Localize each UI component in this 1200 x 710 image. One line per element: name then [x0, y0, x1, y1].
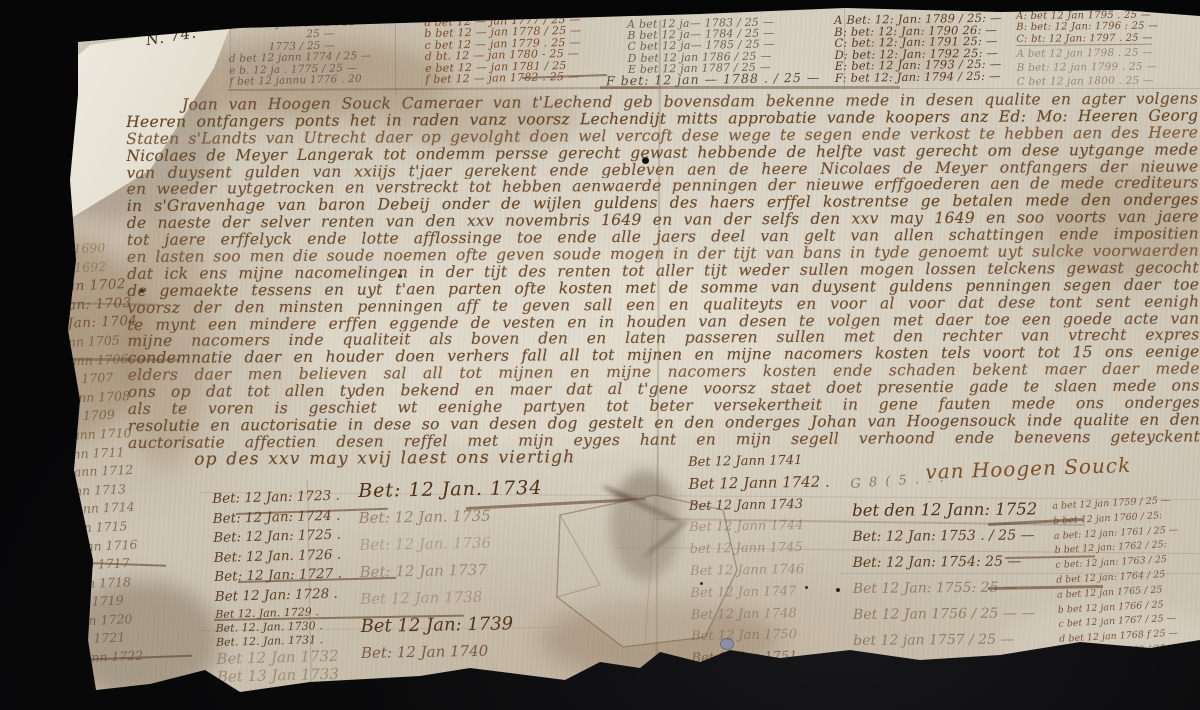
receipt-entry: F bet: 12 jan — 1788 . / 25 — [606, 72, 820, 87]
receipt-column-1777-1782: a bet 12 — jan 1777 / 25 —b bet 12 — jan… [424, 14, 582, 86]
receipt-entry: Bet 13 Jan 1733 [217, 664, 345, 685]
receipt-entry: Bet 12 Jan 1750 [691, 624, 833, 648]
receipt-entry: Bet 12 Jann 1742 . [688, 471, 830, 495]
receipt-entry: Bet: 12 Jan 1740 [361, 637, 546, 667]
receipt-entry: Bet: 12 Jan: 1753 . / 25 — [852, 522, 1039, 550]
receipt-entry: Bet 12 Jan: 1739 [360, 610, 545, 640]
receipt-entry: Bet: 12 Jan. 1734 [358, 475, 543, 505]
receipt-entry: Bet 12 Jan 1747 [690, 580, 832, 604]
receipt-column-1759-1770: a bet 12 jan 1759 / 25 —b bet 12 jan 176… [1052, 493, 1186, 677]
receipt-entry: Bet 12 Jann 1744 [689, 515, 831, 539]
receipt-column-1741-1751: Bet 12 Jann 1741Bet 12 Jann 1742 .Bet 12… [688, 450, 833, 670]
receipt-entry: C bet 12 jan 1800 . 25 — [1017, 75, 1159, 88]
receipt-entry: Bet 12 Jann 1743 [689, 493, 831, 517]
receipt-entry: C: bt: 12 Jan: 1797 . 25 — [1016, 32, 1152, 46]
manuscript-body: Joan van Hoogen Souck Cameraer van t'Lec… [126, 90, 1200, 468]
photo-background: F. 25. N. 74. a bet 12 jann 1771 . 25 —2… [0, 0, 1200, 710]
receipt-column-1752-1758: bet den 12 Jann: 1752Bet: 12 Jan: 1753 .… [852, 496, 1040, 680]
receipt-column-1734-1740: Bet: 12 Jan. 1734Bet: 12 Jan. 1735Bet: 1… [358, 475, 545, 667]
receipt-entry: Bet 12 Jan: 1728 . [215, 585, 343, 608]
ink-rule [900, 88, 1200, 89]
receipt-column-1795-1800: A: bet 12 Jan 1795 . 25 —B: bet: 12 Jan:… [1016, 10, 1159, 88]
receipt-entry: Bet 12 Jann 1741 [688, 450, 830, 474]
underline [965, 668, 1095, 670]
receipt-entry: Bet 12 Jan 1751 [691, 646, 833, 670]
receipt-entry: Bet. 12 Jan 1758 / 25 — — [853, 652, 1040, 680]
receipt-entry: Bet: 12 Jan: 1754: 25 — [852, 548, 1039, 576]
receipt-entry: Bet 12 Jan: 1755: 25 — [853, 574, 1040, 602]
receipt-column-1723-1733: Bet: 12 Jan: 1723 .Bet: 12 Jan: 1724 .Be… [212, 487, 345, 686]
parchment-document: F. 25. N. 74. a bet 12 jann 1771 . 25 —2… [0, 0, 1200, 710]
receipt-entry: Bet 12 Jann 1746 [690, 559, 832, 583]
receipt-entry: Bet 12 Jan 1738 [360, 583, 545, 613]
receipt-entry: Bet: 12 Jan 1737 [359, 556, 544, 586]
vertical-crease [395, 22, 396, 94]
receipt-entry: B bet: 12 jan 1799 . 25 — [1017, 61, 1159, 74]
receipt-entry: bet den 12 Jann: 1752 [852, 496, 1039, 524]
receipt-column-1771-1776: a bet 12 jann 1771 . 25 —25 —1773 / 25 —… [228, 17, 372, 89]
receipt-entry: Bet 12 Jan 1748 [691, 602, 833, 626]
margin-receipt-column-1690-1722: bet 31 Xb 1690bet 31 Xb 1692bet 12 Jan 1… [8, 235, 221, 670]
receipt-column-1789-1794: A Bet: 12: Jan: 1789 / 25: —B: bet: 12: … [834, 13, 1003, 85]
folio-mark-line: F. 25. [146, 9, 196, 31]
ink-blot [836, 588, 840, 592]
receipt-entry: f bet 12 jan 1770 / 25 . [1061, 656, 1186, 677]
receipt-entry: F: bet 12: Jan: 1794 / 25: — [835, 71, 1003, 85]
receipt-entry: Bet 12 Jan 1756 / 25 — — [853, 600, 1040, 628]
receipt-entry: f bet 12 — jan 1782 . 25 — [425, 71, 582, 86]
receipt-entry: e bet 12 jan 1769 / 25 [1060, 641, 1185, 662]
receipt-entry: Bet: 12 Jan. 1736 [359, 529, 544, 559]
receipt-column-1783-1788: A bet 12 ja— 1783 / 25 —B bet 12 ja— 178… [627, 16, 820, 87]
receipt-entry: bet 12 jan 1757 / 25 — [853, 626, 1040, 654]
receipt-entry: A bet 12 jan 1798 . 25 — [1016, 47, 1158, 60]
receipt-entry: Bet: 12 Jan. 1735 [358, 502, 543, 532]
receipt-entry: bet 12 Jann 1745 [690, 537, 832, 561]
